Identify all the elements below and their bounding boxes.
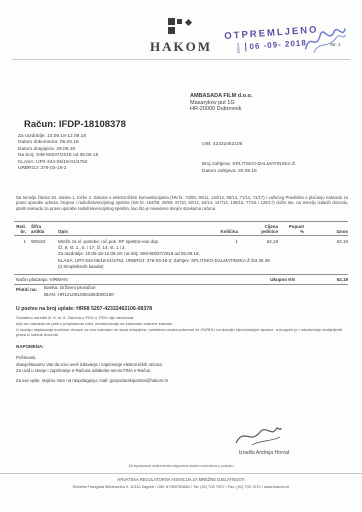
stamp-date: 06 -09- 2018 (245, 38, 307, 51)
total-value: 62,19 (337, 277, 348, 282)
intro-legal-paragraph: Na temelju članka 84. stavka 1. točke 2.… (16, 195, 348, 211)
total-label: Ukupno KN (270, 277, 295, 282)
row-opis-line5: (3 Simpleksnih kanala) (58, 264, 340, 270)
payment-reference-number: U pozivu na broj uplate: HR68 5207-42332… (16, 306, 152, 312)
table-row: 1 W9163 Mreže za vl. potrebe; ruč.pok. R… (14, 236, 348, 244)
col-header-redbr: Red. br. (14, 224, 28, 234)
hakom-logo-text: HAKOM (144, 39, 218, 55)
napomena-line2: Za uvid u stanje i zaprimanje e-Računa o… (16, 368, 151, 373)
scanned-invoice-page: HAKOM OTPREMLJENO Datum 06 -09- 2018 Str… (0, 0, 362, 512)
payment-bank: Banka: Državni proračun (44, 285, 96, 290)
row-opis-continuation: Čl. 9, st. 1., 5. i 17; čl. 14. st. 1 i … (58, 245, 340, 270)
row-sifra: W9163 (28, 239, 54, 244)
col-header-kolicina: Količina (204, 229, 238, 234)
row-popust (278, 239, 304, 244)
recipient-city: HR-20000 Dubrovnik (190, 106, 252, 113)
row-cijena: 62,19 (238, 239, 278, 244)
detail-datum-zahtjeva: Datum zahtjeva: 30.08.18 (202, 169, 257, 174)
footer-divider (0, 473, 362, 474)
row-kolicina: 1 (204, 239, 238, 244)
col-header-opis: Opis (54, 229, 204, 234)
legal-interest-note: Ako se naknada ne plati u propisanom rok… (16, 321, 173, 326)
row-iznos: 62,19 (304, 239, 348, 244)
table-header-row: Red. br. Šifra artikla Opis Količina Cij… (14, 222, 348, 236)
legal-enforcement-note: U slučaju neplaćanja novčane obveze za o… (16, 327, 346, 337)
header-divider (12, 59, 350, 60)
page-number: Str. 1 (330, 42, 341, 47)
shipped-stamp: OTPREMLJENO Datum 06 -09- 2018 (224, 23, 345, 53)
hakom-logo: HAKOM (144, 18, 218, 55)
payment-method: Način plaćanja: VIRMAN (16, 277, 68, 282)
invoice-details-left: Za razdoblje: 10.09.18-12.09.18 Datum do… (18, 134, 98, 172)
recipient-name: AMBASADA FILM d.o.o. (190, 93, 252, 100)
document-validity-note: Za ispravnost dokumenta odgovara osoba n… (0, 464, 362, 468)
stamp-datum-label: Datum (236, 42, 241, 53)
row-opis-line1: Mreže za vl. potrebe; ruč.pok. RF spektr… (54, 239, 204, 244)
detail-na-broj: Na broj: SIM-60037/2018 od 05.09.18 (18, 153, 98, 159)
napomena-salutation: Poštovani, (16, 355, 37, 360)
stamp-signature-scribble-icon (302, 24, 348, 57)
hakom-logo-icon (166, 18, 196, 38)
invoice-items-table: Red. br. Šifra artikla Opis Količina Cij… (14, 221, 348, 285)
payment-iban: IBAN: HR1210010051863000160 (44, 292, 114, 297)
napomena-title: NAPOMENA: (16, 344, 44, 349)
napomena-contact-email: Za sve upite, stojimo Vam na raspolaganj… (16, 378, 168, 383)
handwritten-signature-icon (234, 424, 282, 448)
payment-platiti-label: Platiti na: (16, 287, 37, 292)
col-header-sifra: Šifra artikla (28, 224, 54, 234)
col-header-iznos: Iznos (304, 229, 348, 234)
recipient-address-block: AMBASADA FILM d.o.o. Masarykov put 1G HR… (190, 93, 252, 113)
legal-pdv-note: Sukladno odredbi čl. 6. st. 6. Zakona o … (16, 315, 135, 320)
detail-oib: OIB: 42332462106 (202, 142, 242, 147)
row-redbr: 1 (14, 239, 28, 244)
napomena-line1: obavještavamo Vas da smo uveli izdavanje… (16, 362, 163, 367)
detail-urbroj: URBROJ: 376-03-18-2 (18, 166, 98, 172)
signatory-name: Izradila Andreja Horvat (214, 450, 314, 456)
col-header-cijena: Cijena jedinice (238, 224, 278, 234)
detail-broj-zahtjeva: Broj zahtjeva: SPLITSKO-DALMATINSKA Ž. (202, 162, 296, 167)
recipient-street: Masarykov put 1G (190, 100, 252, 107)
footer-agency-name: HRVATSKA REGULATORNA AGENCIJA ZA MREŽNE … (0, 477, 362, 482)
footer-agency-contact: Roberta Frangeša Mihanovića 9, 10110 Zag… (0, 484, 362, 489)
invoice-title: Račun: IFDP-18108378 (24, 119, 126, 130)
col-header-popust: Popust % (278, 224, 304, 234)
